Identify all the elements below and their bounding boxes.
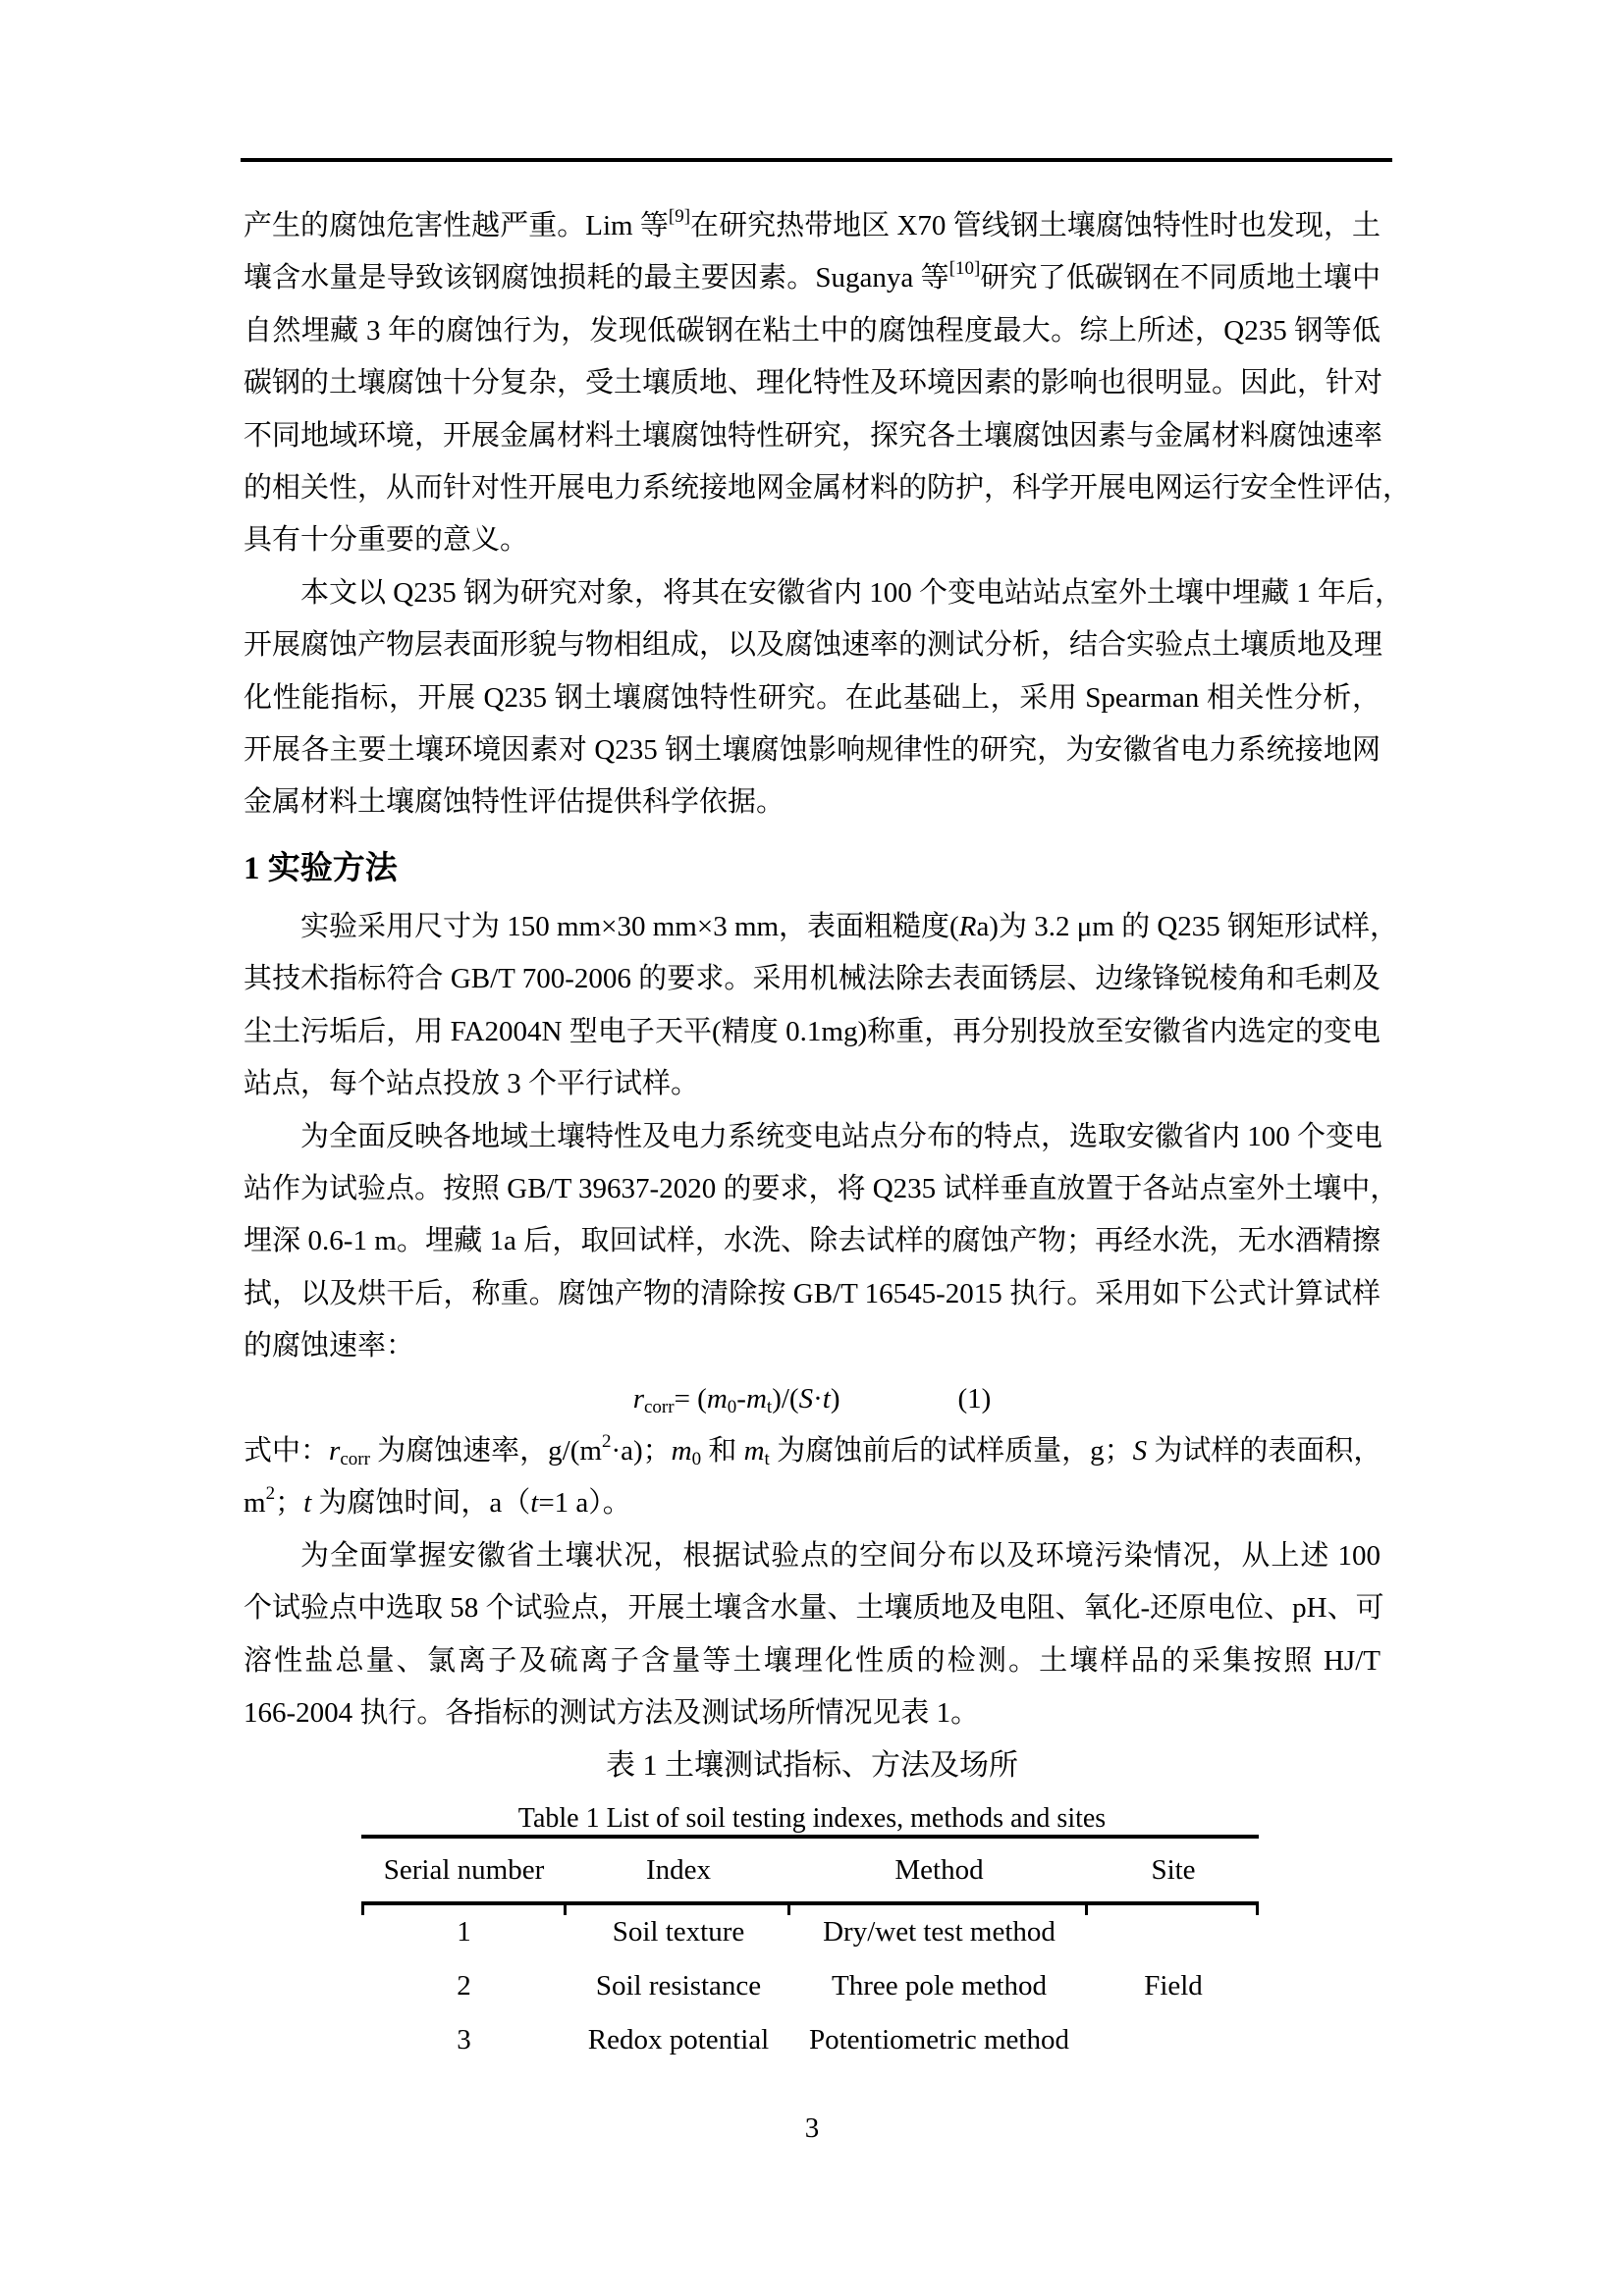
text-line: m2；t 为腐蚀时间，a（t=1 a）。	[244, 1477, 1380, 1529]
table-cell: 2	[361, 1970, 567, 2002]
column-header: Index	[567, 1854, 790, 1887]
paragraph: 实验采用尺寸为 150 mm×30 mm×3 mm，表面粗糙度(Ra)为 3.2…	[244, 901, 1380, 1111]
table-cell: 3	[361, 2024, 567, 2056]
column-divider-tick	[564, 1905, 567, 1915]
table-cell: Field	[1088, 1970, 1259, 2002]
text-line: 站作为试验点。按照 GB/T 39637-2020 的要求，将 Q235 试样垂…	[244, 1163, 1380, 1215]
text-line: 自然埋藏 3 年的腐蚀行为，发现低碳钢在粘土中的腐蚀程度最大。综上所述，Q235…	[244, 305, 1380, 357]
table-top-rule	[361, 1835, 1259, 1839]
document-page: 产生的腐蚀危害性越严重。Lim 等[9]在研究热带地区 X70 管线钢土壤腐蚀特…	[0, 0, 1624, 2296]
table-cell: Dry/wet test method	[790, 1916, 1088, 1949]
table-cell: Soil texture	[567, 1916, 790, 1949]
text-line: 开展腐蚀产物层表面形貌与物相组成，以及腐蚀速率的测试分析，结合实验点土壤质地及理	[244, 619, 1380, 671]
header-rule	[241, 158, 1392, 162]
table-row: 2 Soil resistance Three pole method Fiel…	[361, 1959, 1259, 2013]
text-line: 溶性盐总量、氯离子及硫离子含量等土壤理化性质的检测。土壤样品的采集按照 HJ/T	[244, 1635, 1380, 1687]
text-line: 本文以 Q235 钢为研究对象，将其在安徽省内 100 个变电站站点室外土壤中埋…	[244, 567, 1380, 619]
page-number: 3	[0, 2103, 1624, 2154]
table-cell: Soil resistance	[567, 1970, 790, 2002]
text-line: 的相关性，从而针对性开展电力系统接地网金属材料的防护，科学开展电网运行安全性评估…	[244, 462, 1380, 514]
text-line: 拭，以及烘干后，称重。腐蚀产物的清除按 GB/T 16545-2015 执行。采…	[244, 1268, 1380, 1320]
table-cell: Three pole method	[790, 1970, 1088, 2002]
section-heading: 1 实验方法	[244, 843, 1380, 895]
table-mid-rule	[361, 1901, 1259, 1905]
paragraph: 本文以 Q235 钢为研究对象，将其在安徽省内 100 个变电站站点室外土壤中埋…	[244, 567, 1380, 829]
text-line: 壤含水量是导致该钢腐蚀损耗的最主要因素。Suganya 等[10]研究了低碳钢在…	[244, 252, 1380, 304]
text-line: 实验采用尺寸为 150 mm×30 mm×3 mm，表面粗糙度(Ra)为 3.2…	[244, 901, 1380, 953]
text-line: 个试验点中选取 58 个试验点，开展土壤含水量、土壤质地及电阻、氧化-还原电位、…	[244, 1582, 1380, 1634]
column-divider-tick	[1085, 1905, 1088, 1915]
text-line: 化性能指标，开展 Q235 钢土壤腐蚀特性研究。在此基础上，采用 Spearma…	[244, 672, 1380, 724]
text-line: 产生的腐蚀危害性越严重。Lim 等[9]在研究热带地区 X70 管线钢土壤腐蚀特…	[244, 200, 1380, 252]
text-line: 166-2004 执行。各指标的测试方法及测试场所情况见表 1。	[244, 1687, 1380, 1739]
table-row: 3 Redox potential Potentiometric method	[361, 2013, 1259, 2067]
paragraph: 为全面掌握安徽省土壤状况，根据试验点的空间分布以及环境污染情况，从上述 100 …	[244, 1530, 1380, 1740]
text-line: 站点，每个站点投放 3 个平行试样。	[244, 1058, 1380, 1110]
body-text: 产生的腐蚀危害性越严重。Lim 等[9]在研究热带地区 X70 管线钢土壤腐蚀特…	[244, 200, 1380, 1844]
text-line: 的腐蚀速率：	[244, 1320, 1380, 1372]
text-line: 开展各主要土壤环境因素对 Q235 钢土壤腐蚀影响规律性的研究，为安徽省电力系统…	[244, 724, 1380, 776]
text-line: 金属材料土壤腐蚀特性评估提供科学依据。	[244, 776, 1380, 828]
paragraph: 式中：rcorr 为腐蚀速率，g/(m2·a)；m0 和 mt 为腐蚀前后的试样…	[244, 1425, 1380, 1530]
text-line: 为全面反映各地域土壤特性及电力系统变电站点分布的特点，选取安徽省内 100 个变…	[244, 1111, 1380, 1163]
text-line: 碳钢的土壤腐蚀十分复杂，受土壤质地、理化特性及环境因素的影响也很明显。因此，针对	[244, 357, 1380, 409]
text-line: 具有十分重要的意义。	[244, 514, 1380, 566]
paragraph: 为全面反映各地域土壤特性及电力系统变电站点分布的特点，选取安徽省内 100 个变…	[244, 1111, 1380, 1373]
text-line: 其技术指标符合 GB/T 700-2006 的要求。采用机械法除去表面锈层、边缘…	[244, 953, 1380, 1005]
column-divider-tick	[787, 1905, 790, 1915]
formula-line: rcorr= (m0-mt)/(S·t)(1)	[244, 1373, 1380, 1425]
table-header-row: Serial number Index Method Site	[361, 1839, 1259, 1901]
text-line: 为全面掌握安徽省土壤状况，根据试验点的空间分布以及环境污染情况，从上述 100	[244, 1530, 1380, 1582]
table-cell: 1	[361, 1916, 567, 1949]
text-line: 式中：rcorr 为腐蚀速率，g/(m2·a)；m0 和 mt 为腐蚀前后的试样…	[244, 1425, 1380, 1477]
paragraph: 产生的腐蚀危害性越严重。Lim 等[9]在研究热带地区 X70 管线钢土壤腐蚀特…	[244, 200, 1380, 567]
text-line: 不同地域环境，开展金属材料土壤腐蚀特性研究，探究各土壤腐蚀因素与金属材料腐蚀速率	[244, 410, 1380, 462]
column-divider-tick	[361, 1905, 364, 1915]
text-line: 埋深 0.6-1 m。埋藏 1a 后，取回试样，水洗、除去试样的腐蚀产物；再经水…	[244, 1215, 1380, 1267]
text-line: 尘土污垢后，用 FA2004N 型电子天平(精度 0.1mg)称重，再分别投放至…	[244, 1006, 1380, 1058]
column-header: Serial number	[361, 1854, 567, 1887]
column-divider-tick	[1256, 1905, 1259, 1915]
soil-testing-table: Serial number Index Method Site 1 Soil t…	[361, 1835, 1259, 2067]
column-header: Method	[790, 1854, 1088, 1887]
column-header: Site	[1088, 1854, 1259, 1887]
table-cell: Potentiometric method	[790, 2024, 1088, 2056]
table-caption-zh: 表 1 土壤测试指标、方法及场所	[244, 1739, 1380, 1791]
table-row: 1 Soil texture Dry/wet test method	[361, 1905, 1259, 1959]
table-cell: Redox potential	[567, 2024, 790, 2056]
